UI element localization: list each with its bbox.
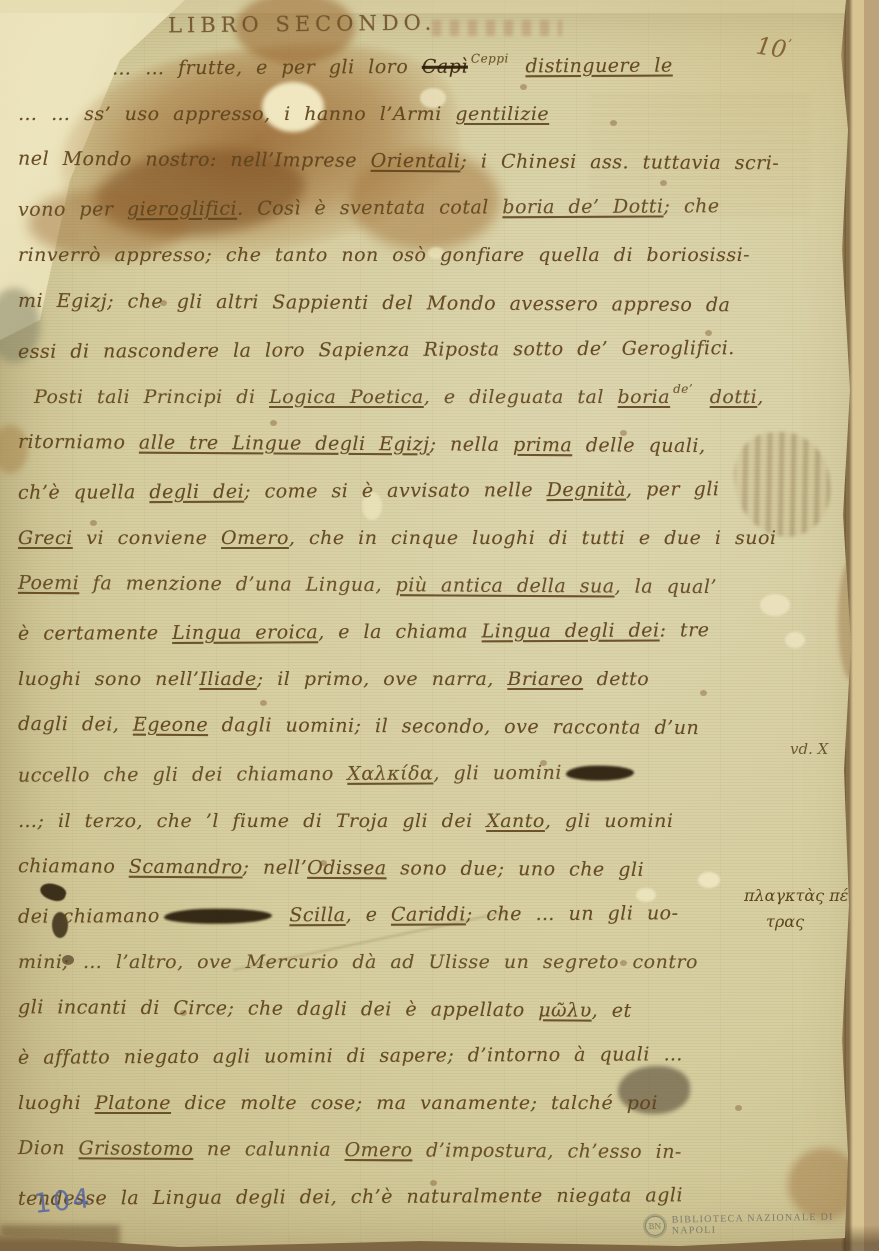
manuscript-line: … … frutte, e per gli loro CapìCeppi dis… [112, 51, 673, 84]
text-segment: nel Mondo nostro: nell’Imprese [18, 148, 371, 172]
text-segment: ne calunnia [193, 1138, 344, 1161]
text-segment: , [757, 386, 764, 408]
text-segment: Orientali [371, 150, 461, 173]
text-segment: Grisostomo [78, 1138, 193, 1161]
archival-page-number: 104 [33, 1183, 93, 1220]
manuscript-line: uccello che gli dei chiamano Χαλκίδα, gl… [18, 757, 638, 790]
text-segment: . Così è sventata cotal [237, 197, 502, 220]
text-segment: dotti [710, 386, 757, 408]
text-segment: ritorniamo [18, 431, 139, 454]
manuscript-line: Poemi fa menzione d’una Lingua, più anti… [18, 568, 717, 602]
text-segment: μῶλυ [538, 999, 592, 1021]
manuscript-line: è affatto niegato agli uomini di sapere;… [18, 1039, 683, 1072]
manuscript-line: ritorniamo alle tre Lingue degli Egizj; … [18, 427, 706, 461]
text-segment [696, 386, 710, 408]
text-segment: chiamano [18, 855, 129, 878]
text-segment: , la qual’ [615, 576, 718, 599]
manuscript-scan: LIBRO SECONDO. 10’ … … frutte, e per gli… [0, 0, 879, 1251]
manuscript-line: Greci vi conviene Omero, che in cinque l… [18, 523, 777, 553]
text-segment: detto [583, 668, 649, 690]
text-segment: , gli uomini [433, 761, 562, 784]
text-segment: uccello che gli dei chiamano [18, 762, 347, 786]
manuscript-line: tendesse la Lingua degli dei, ch’è natur… [18, 1181, 683, 1214]
text-segment: , per gli [626, 478, 720, 500]
text-segment: …; il terzo, che ’l fiume di Troja gli d… [18, 810, 486, 832]
text-segment: dei chiamano [18, 905, 160, 928]
text-segment: fa menzione d’una Lingua, [79, 572, 395, 596]
text-segment [276, 904, 290, 926]
manuscript-line: luoghi sono nell’Iliade; il primo, ove n… [18, 664, 649, 694]
text-segment: dice molte cose; ma vanamente; talché po… [171, 1092, 658, 1114]
text-segment: Omero [345, 1139, 413, 1161]
manuscript-line: chiamano Scamandro; nell’Odissea sono du… [18, 851, 644, 885]
text-segment: Capì [422, 56, 468, 78]
text-segment: … … ss’ uso appresso, i hanno l’Armi [18, 103, 455, 125]
text-segment: Cariddi [391, 903, 466, 925]
text-segment: , e [346, 904, 391, 926]
manuscript-line: rinverrò appresso; che tanto non osò gon… [18, 240, 750, 270]
text-segment: Greci [18, 527, 73, 549]
text-segment: de’ [673, 382, 693, 396]
text-segment: ; nell’ [243, 856, 308, 878]
text-segment: ; come si è avvisato nelle [244, 479, 547, 503]
text-segment: Scilla [289, 904, 345, 926]
text-segment: Xanto [486, 810, 545, 832]
text-segment: prima [513, 434, 572, 456]
text-segment: Logica Poetica [269, 386, 424, 408]
manuscript-line: è certamente Lingua eroica, e la chiama … [18, 615, 710, 649]
text-segment: rinverrò appresso; che tanto non osò gon… [18, 244, 750, 266]
text-segment: Iliade [199, 668, 256, 690]
text-segment: mi Egizj; che gli altri Sappienti del Mo… [18, 289, 731, 315]
text-segment: ; nella [430, 433, 514, 456]
manuscript-page: LIBRO SECONDO. 10’ … … frutte, e per gli… [0, 0, 879, 1251]
text-segment: gentilizie [455, 103, 549, 125]
manuscript-line: nel Mondo nostro: nell’Imprese Orientali… [18, 144, 779, 179]
ink-blot [566, 765, 634, 780]
text-segment: è certamente [18, 622, 172, 645]
text-segment: dagli dei, [18, 713, 133, 736]
text-segment: Χαλκίδα [347, 762, 433, 784]
manuscript-line: essi di nascondere la loro Sapienza Ripo… [18, 333, 735, 367]
text-segment: Egeone [133, 714, 208, 736]
manuscript-line: Dion Grisostomo ne calunnia Omero d’impo… [18, 1133, 682, 1167]
manuscript-line: luoghi Platone dice molte cose; ma vanam… [18, 1088, 658, 1118]
text-segment: , gli uomini [545, 810, 674, 832]
text-segment: … … [112, 57, 178, 79]
text-segment: Poemi [18, 572, 79, 594]
manuscript-line: gli incanti di Circe; che dagli dei è ap… [18, 992, 632, 1026]
manuscript-line: … … ss’ uso appresso, i hanno l’Armi gen… [18, 99, 549, 129]
library-stamp: BN BIBLIOTECA NAZIONALE DI NAPOLI [645, 1211, 879, 1237]
manuscript-line: mi Egizj; che gli altri Sappienti del Mo… [18, 285, 731, 319]
text-segment: è affatto niegato agli uomini di sapere;… [18, 1043, 683, 1068]
text-segment: dagli uomini; il secondo, ove racconta d… [208, 714, 699, 739]
text-segment: frutte, e per gli loro [178, 56, 422, 79]
manuscript-line: dagli dei, Egeone dagli uomini; il secon… [18, 709, 699, 743]
manuscript-text: … … frutte, e per gli loro CapìCeppi dis… [0, 0, 879, 1251]
text-segment: Omero [221, 527, 289, 549]
marginal-greek-note-line1: πλαγκτὰς πέ- [744, 886, 854, 905]
text-segment: essi di nascondere la loro Sapienza Ripo… [18, 337, 735, 363]
library-stamp-logo-icon: BN [645, 1216, 665, 1236]
text-segment: Odissea [307, 857, 387, 879]
text-segment: Posti tali Principi di [34, 386, 269, 408]
text-segment: , et [592, 1000, 632, 1022]
text-segment [512, 55, 526, 77]
marginal-greek-note-line2: τρας [766, 912, 854, 931]
manuscript-line: mini; … l’altro, ove Mercurio dà ad Ulis… [18, 947, 698, 977]
marginal-greek-note: πλαγκτὰς πέ- τρας [744, 886, 854, 931]
text-segment: degli dei [149, 481, 244, 503]
marginal-insertion-note: vd. X [790, 740, 828, 758]
manuscript-line: …; il terzo, che ’l fiume di Troja gli d… [18, 806, 673, 836]
manuscript-line: Posti tali Principi di Logica Poetica, e… [34, 382, 764, 412]
text-segment: , e la chiama [318, 621, 482, 644]
manuscript-line: dei chiamano Scilla, e Cariddi; che … un… [18, 898, 679, 931]
text-segment: ; che [663, 195, 719, 217]
text-segment: distinguere le [525, 55, 672, 78]
text-segment: Ceppi [471, 51, 509, 65]
text-segment: sono due; uno che gli [387, 857, 645, 881]
text-segment: ; il primo, ove narra, [257, 668, 508, 690]
text-segment: Platone [95, 1092, 171, 1114]
text-segment: d’impostura, ch’esso in- [412, 1140, 682, 1164]
text-segment: più antica della sua [395, 574, 614, 597]
text-segment: gli incanti di Circe; che dagli dei è ap… [18, 996, 538, 1021]
text-segment: mini; … l’altro, ove Mercurio dà ad Ulis… [18, 951, 698, 973]
text-segment: boria [618, 386, 671, 408]
text-segment: vono per [18, 199, 127, 222]
text-segment: vi conviene [73, 527, 221, 549]
text-segment: boria de’ Dotti [502, 196, 663, 219]
text-segment: gieroglifici [127, 198, 237, 221]
text-segment: alle tre Lingue degli Egizj [139, 431, 430, 455]
text-segment: Degnità [547, 479, 627, 501]
text-segment: ch’è quella [18, 481, 149, 504]
text-segment: , che in cinque luoghi di tutti e due i … [289, 527, 777, 549]
text-segment: Scamandro [129, 855, 243, 878]
text-segment: : tre [660, 619, 710, 641]
text-segment: ; i Chinesi ass. tuttavia scri- [460, 151, 779, 175]
manuscript-line: vono per gieroglifici. Così è sventata c… [18, 191, 720, 225]
text-segment: delle quali, [572, 434, 705, 457]
text-segment: tendesse la Lingua degli dei, ch’è natur… [18, 1185, 683, 1210]
text-segment: ; che … un gli uo- [466, 902, 679, 925]
text-segment: , e dileguata tal [424, 386, 618, 408]
text-segment: Briareo [507, 668, 583, 690]
ink-blot [164, 908, 272, 924]
text-segment: Lingua degli dei [482, 620, 660, 643]
text-segment: Dion [18, 1137, 79, 1159]
manuscript-line: ch’è quella degli dei; come si è avvisat… [18, 474, 720, 508]
text-segment: luoghi sono nell’ [18, 668, 199, 690]
text-segment: Lingua eroica [172, 621, 318, 644]
text-segment: luoghi [18, 1092, 95, 1114]
